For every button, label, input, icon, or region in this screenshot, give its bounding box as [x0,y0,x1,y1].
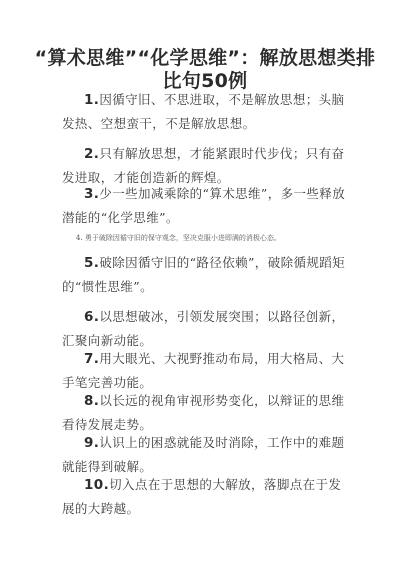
item-number: 2. [84,146,99,162]
document-page: “算术思维”“化学思维”：解放思想类排 比句50例 1.因循守旧、不思进取，不是… [0,0,410,580]
list-item: 1.因循守旧、不思进取，不是解放思想；头脑发热、空想蛮干，不是解放思想。 [62,88,352,136]
item-number: 10. [84,477,109,493]
list-item: 4. 勇于破除因循守旧的保守观念，坚决克服小进即满的消极心态。 [62,232,352,244]
item-text: 破除因循守旧的“路径依赖”，破除循规蹈矩的“惯性思维”。 [62,255,345,294]
item-text: 以长远的视角审视形势变化，以辩证的思维看待发展走势。 [62,393,344,432]
item-text: 用大眼光、大视野推动布局，用大格局、大手笔完善功能。 [62,351,344,390]
list-item: 7.用大眼光、大视野推动布局，用大格局、大手笔完善功能。 [62,347,352,395]
list-item: 5.破除因循守旧的“路径依赖”，破除循规蹈矩的“惯性思维”。 [62,251,352,299]
item-number: 4. [76,234,83,242]
item-text: 勇于破除因循守旧的保守观念，坚决克服小进即满的消极心态。 [85,234,281,242]
item-number: 3. [84,186,99,202]
item-text: 只有解放思想，才能紧跟时代步伐；只有奋发进取，才能创造新的辉煌。 [62,146,344,185]
document-title: “算术思维”“化学思维”：解放思想类排 比句50例 [30,47,380,93]
item-number: 5. [84,255,99,271]
title-line-1: “算术思维”“化学思维”：解放思想类排 [30,47,380,70]
item-number: 8. [84,393,99,409]
list-item: 10.切入点在于思想的大解放，落脚点在于发展的大跨越。 [62,473,352,521]
item-number: 6. [84,309,99,325]
item-text: 认识上的困惑就能及时消除，工作中的难题就能得到破解。 [62,435,344,474]
list-item: 8.以长远的视角审视形势变化，以辩证的思维看待发展走势。 [62,389,352,437]
item-number: 1. [84,92,99,108]
item-text: 少一些加减乘除的“算术思维”，多一些释放潜能的“化学思维”。 [62,186,345,225]
item-number: 7. [84,351,99,367]
item-text: 因循守旧、不思进取，不是解放思想；头脑发热、空想蛮干，不是解放思想。 [62,92,344,131]
item-text: 以思想破冰，引领发展突围；以路径创新，汇聚向新动能。 [62,309,344,348]
list-item: 9.认识上的困惑就能及时消除，工作中的难题就能得到破解。 [62,431,352,479]
list-item: 3.少一些加减乘除的“算术思维”，多一些释放潜能的“化学思维”。 [62,182,352,230]
item-number: 9. [84,435,99,451]
list-item: 6.以思想破冰，引领发展突围；以路径创新，汇聚向新动能。 [62,305,352,353]
